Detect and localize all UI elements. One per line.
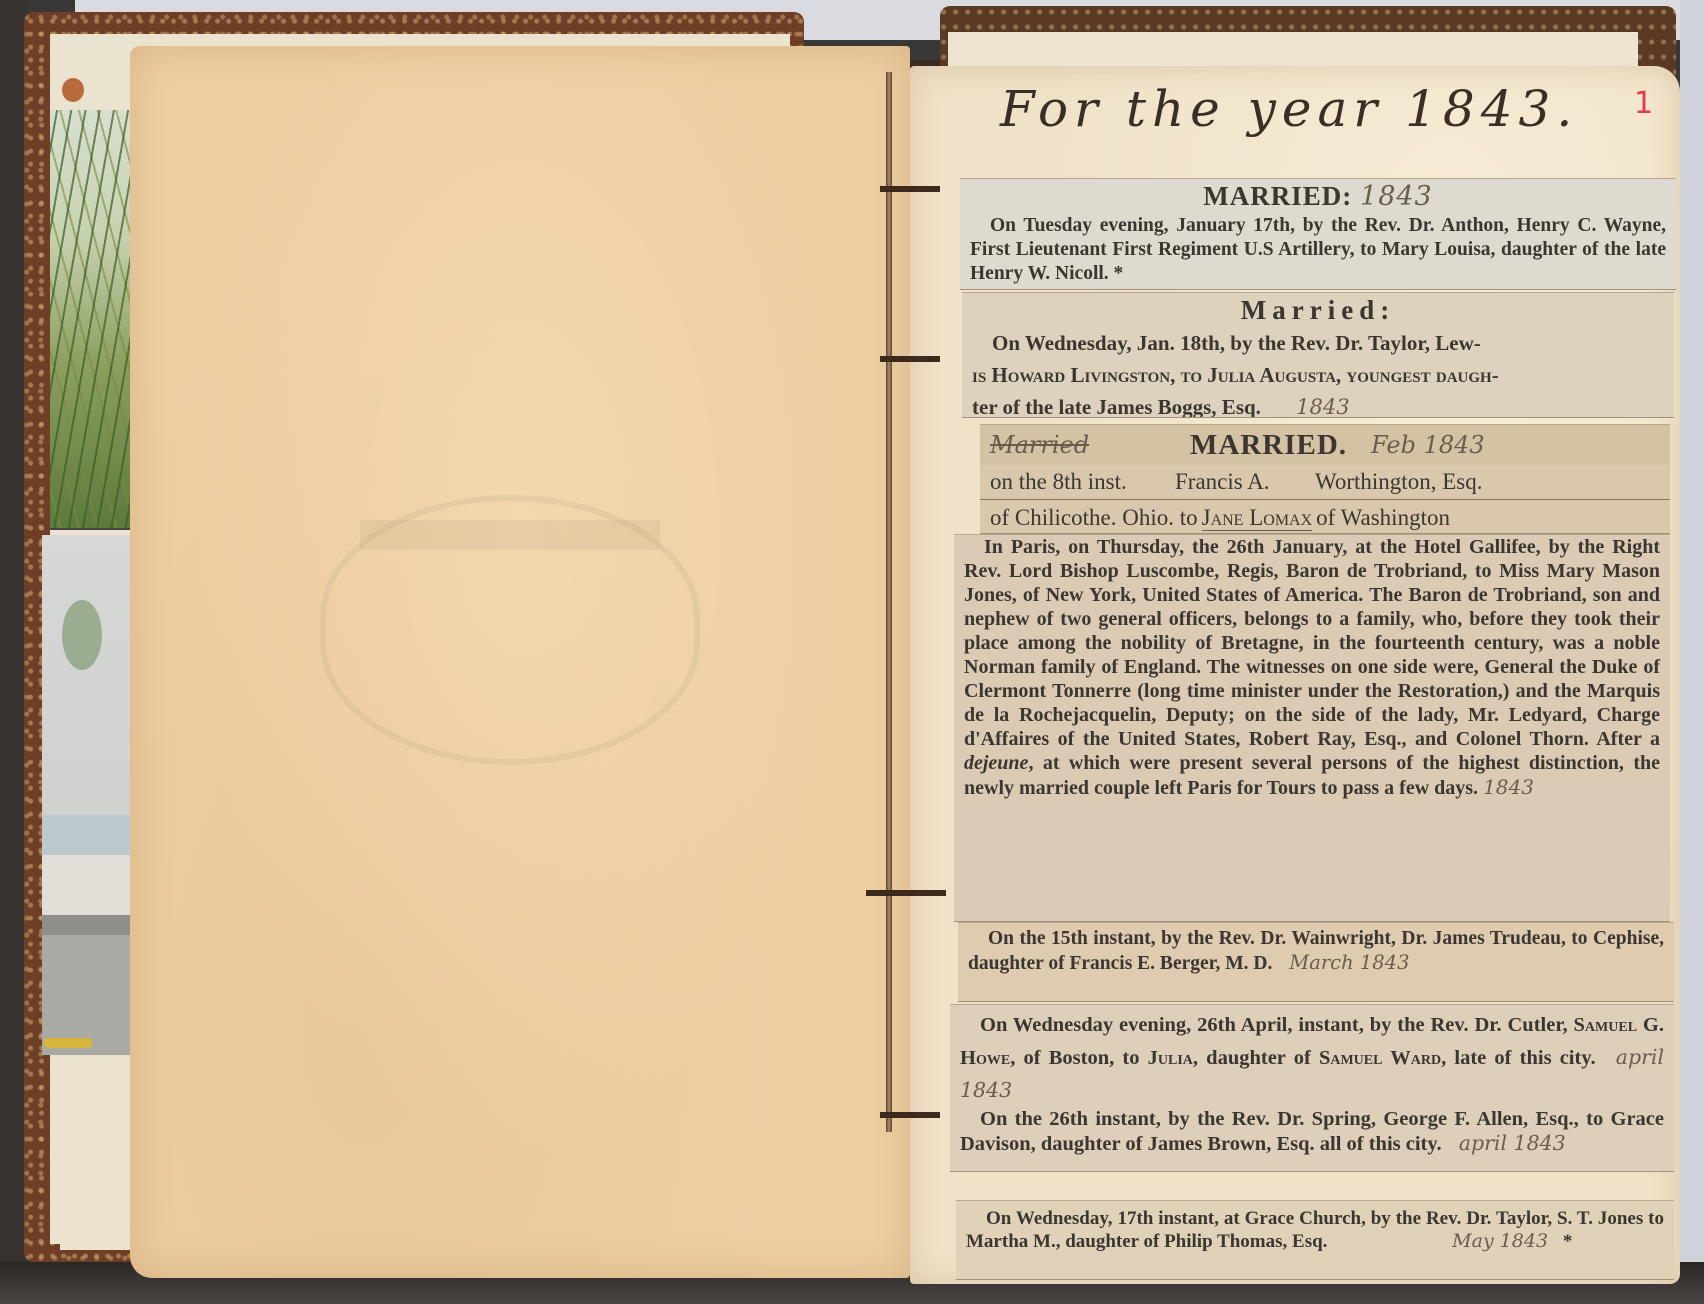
clipping-line: is Howard Livingston, to Julia Augusta, … [972,359,1664,391]
clipping-fragment: of Washington [1316,506,1450,530]
clipping-text-part: , of Boston, to [1010,1047,1139,1069]
wax-stain [62,78,84,102]
clipping-text: On the 26th instant, by the Rev. Dr. Spr… [960,1107,1664,1156]
clipping-text-part: On Wednesday evening, 26th April, instan… [980,1014,1568,1036]
clipping-fragment: Jane Lomax [1202,506,1313,531]
clipping-text: On Wednesday, 17th instant, at Grace Chu… [966,1201,1664,1253]
clipping-heading: MARRIED: 1843 [970,179,1666,214]
clipping-line: On Wednesday, Jan. 18th, by the Rev. Dr.… [972,327,1664,359]
binding-stitch [866,890,946,896]
clipping-text-part: , at which were present several persons … [964,752,1660,799]
clipping-fragment: Worthington, Esq. [1315,470,1482,494]
handwritten-annotation: 1843 [1296,395,1349,418]
clipping-heading: Married: [972,293,1664,327]
clipping-fragment: of Chilicothe. Ohio. to [990,506,1198,530]
clipping-text: On the 15th instant, by the Rev. Dr. Wai… [968,923,1664,976]
clipping-text: On Wednesday evening, 26th April, instan… [960,1005,1664,1107]
clipping-trudeau-berger: On the 15th instant, by the Rev. Dr. Wai… [958,922,1674,1002]
clipping-text: On Tuesday evening, January 17th, by the… [970,214,1666,286]
clipping-fragment: Francis A. [1175,470,1315,494]
gold-leaf-fragment [44,1038,92,1048]
page-number: 1 [1634,86,1653,121]
clipping-line: of Chilicothe. Ohio. to Jane Lomax of Wa… [980,500,1670,534]
handwritten-annotation: 1843 [1360,181,1433,212]
clipping-heading: MARRIED. [1190,433,1347,457]
clipping-text: In Paris, on Thursday, the 26th January,… [964,535,1660,800]
clipping-trobriand-jones: In Paris, on Thursday, the 26th January,… [954,534,1670,922]
handwritten-annotation: May 1843 [1452,1230,1548,1252]
binding-stitch [880,186,940,192]
heading-text: MARRIED: [1203,181,1352,211]
binding-stitch [880,356,940,362]
clipping-text-part: , daughter of [1193,1047,1311,1069]
clipping-text-part: In Paris, on Thursday, the 26th January,… [964,536,1660,750]
clipping-line: ter of the late James Boggs, Esq. [972,395,1261,418]
clipping-text-part: On Wednesday, 17th instant, at Grace Chu… [966,1208,1664,1252]
clipping-livingston-boggs: Married: On Wednesday, Jan. 18th, by the… [962,292,1674,418]
clipping-name: Julia [1148,1047,1193,1069]
clipping-text-part: , late of this city. [1441,1047,1595,1069]
clipping-name: Samuel Ward [1319,1047,1441,1069]
show-through-text [360,520,660,550]
clipping-heading-row: Married MARRIED. Feb 1843 [980,425,1670,465]
clipping-line-wrap: ter of the late James Boggs, Esq. 1843 [972,391,1664,418]
handwritten-annotation: Feb 1843 [1371,433,1485,457]
binding-thread [886,72,892,1132]
asterisk-mark: * [1563,1231,1573,1252]
clipping-line: on the 8th inst. Francis A. Worthington,… [980,465,1670,500]
clipping-fragment: on the 8th inst. [990,470,1175,494]
tree-illustration [62,600,102,670]
clipping-italic: dejeune [964,752,1028,774]
clipping-worthington-lomax: Married MARRIED. Feb 1843 on the 8th ins… [980,424,1670,534]
handwritten-annotation: april 1843 [1459,1131,1566,1155]
crossed-annotation: Married [990,433,1190,457]
binding-stitch [880,1112,940,1118]
clipping-wayne-nicoll: MARRIED: 1843 On Tuesday evening, Januar… [960,178,1676,290]
handwritten-annotation: March 1843 [1289,951,1409,974]
handwritten-title: For the year 1843. [1000,80,1578,138]
clipping-howe-ward-allen: On Wednesday evening, 26th April, instan… [950,1004,1674,1172]
handwritten-annotation: 1843 [1483,775,1534,799]
clipping-jones-thomas: On Wednesday, 17th instant, at Grace Chu… [956,1200,1674,1280]
scanner-background-right [1680,0,1704,1304]
